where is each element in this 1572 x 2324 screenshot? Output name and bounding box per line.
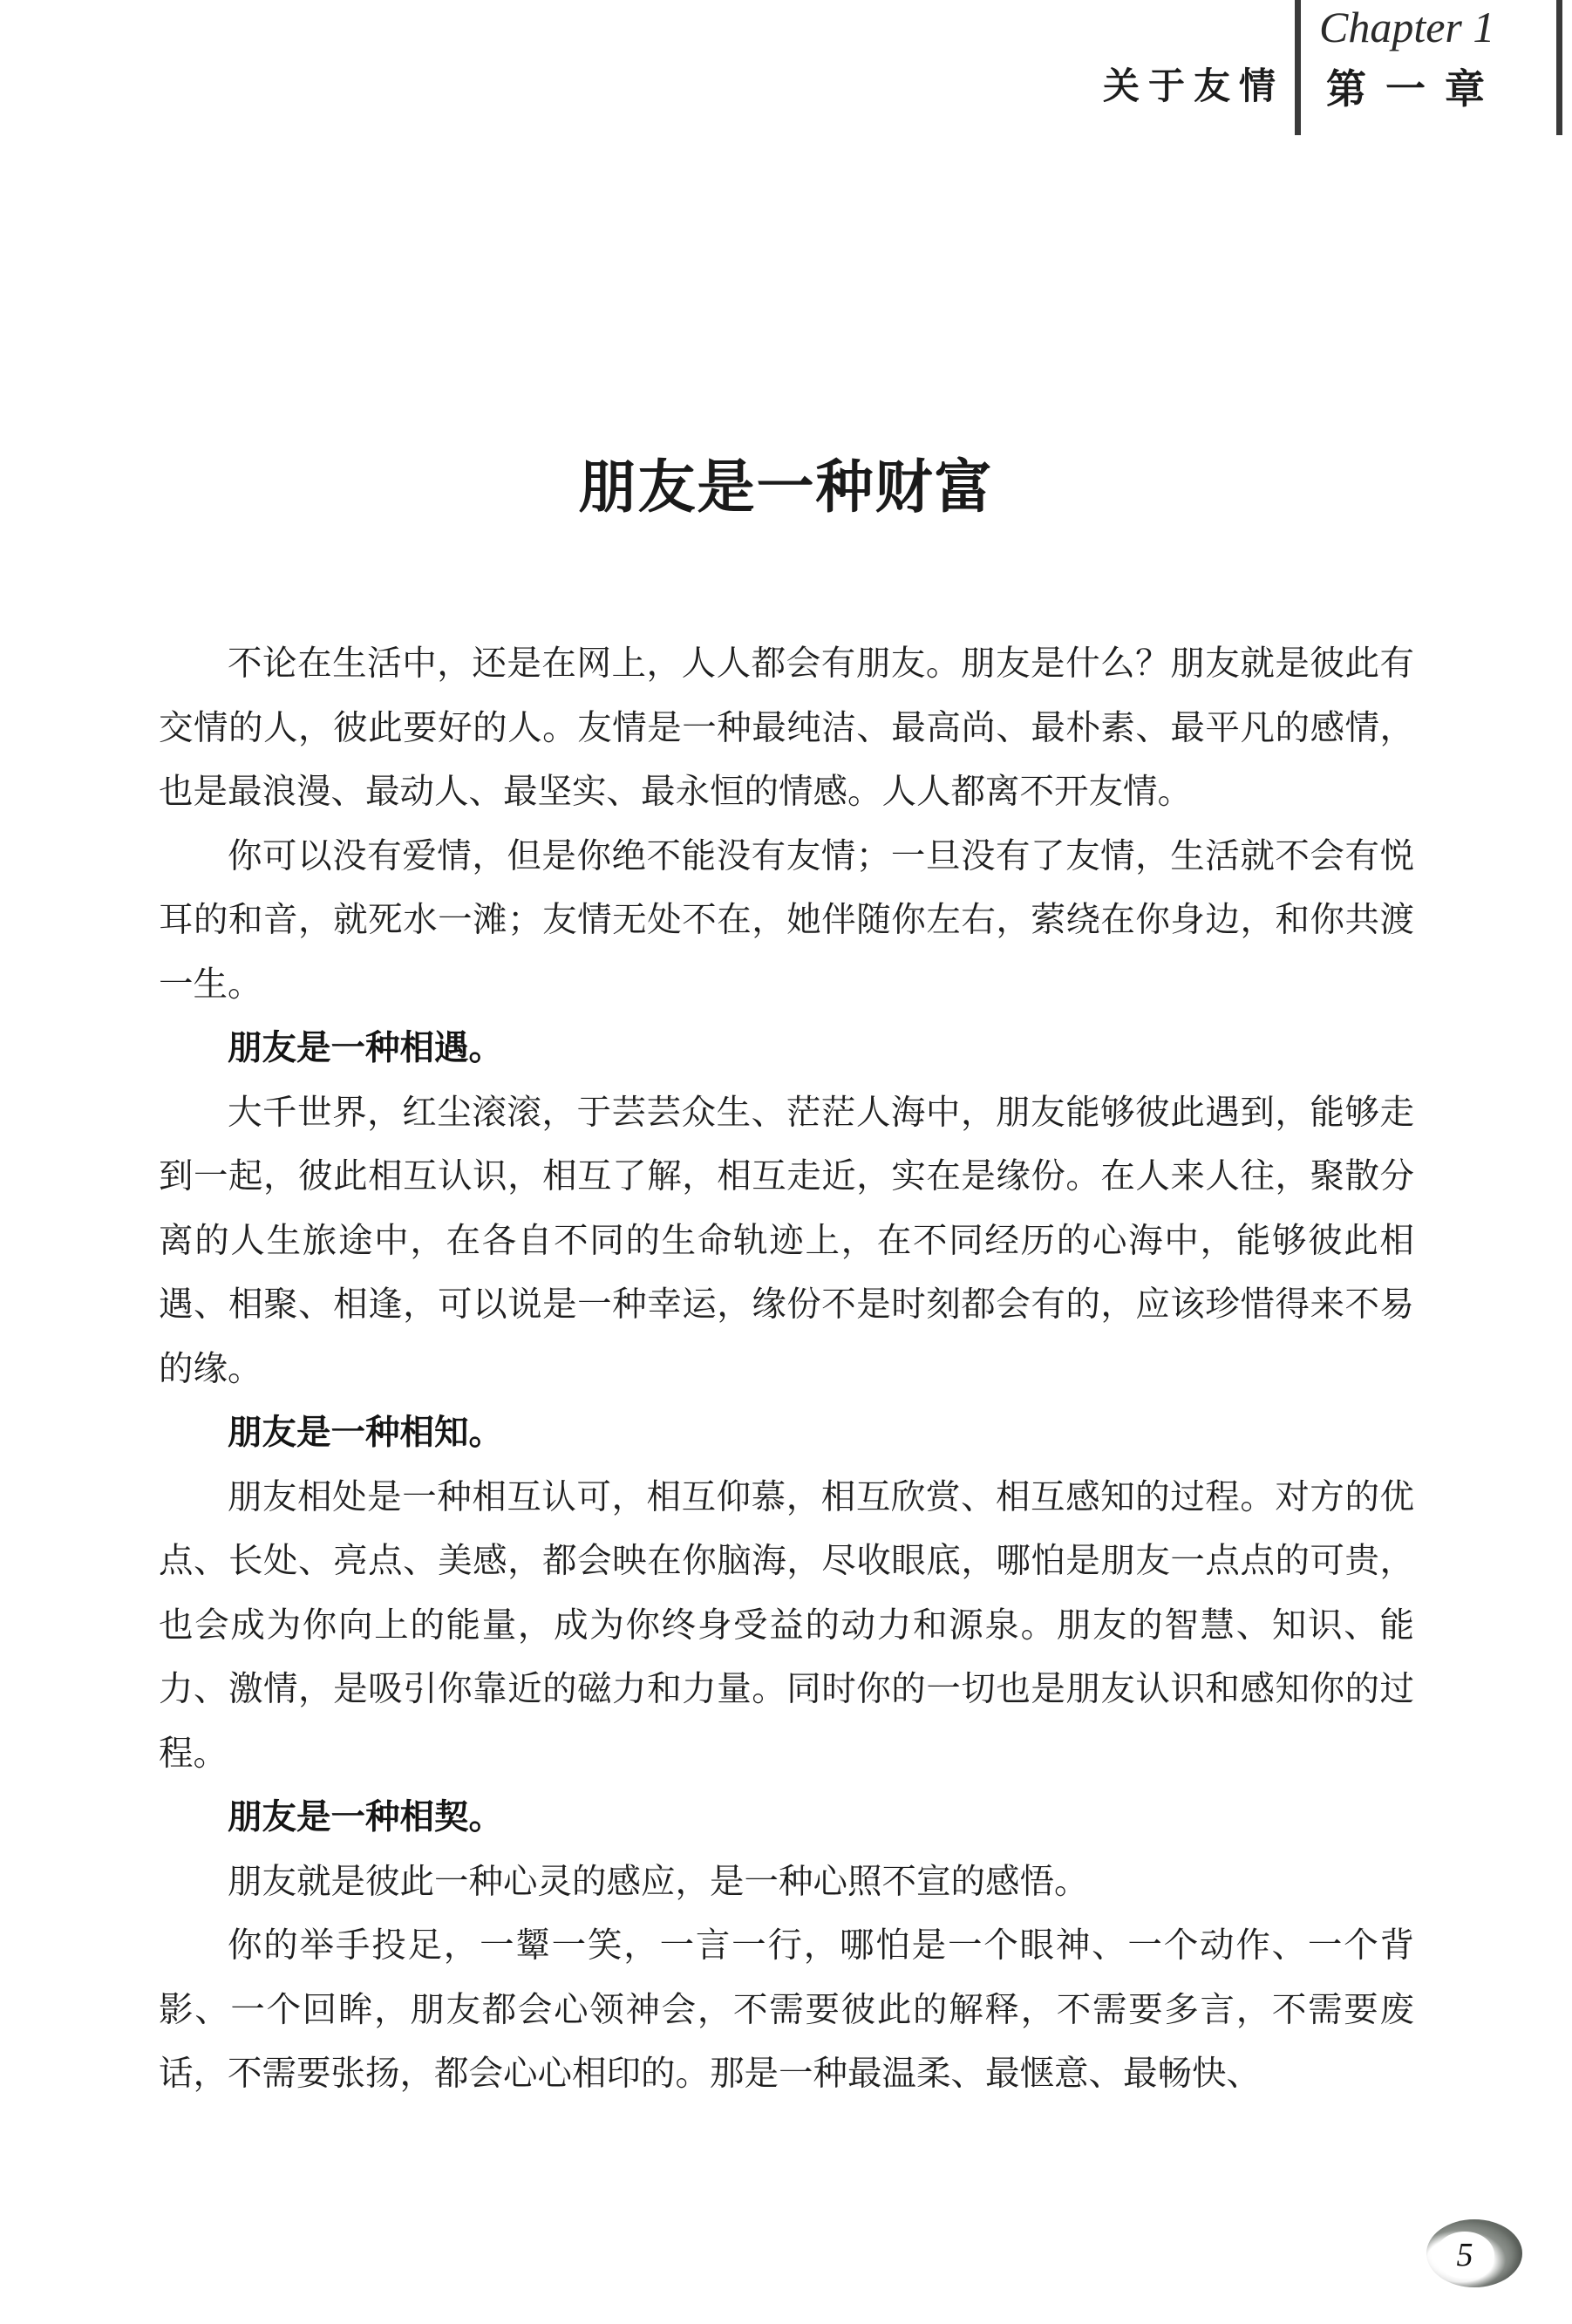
chapter-label-cn: 第一章 (1326, 58, 1504, 115)
running-header: 关于友情 Chapter 1 第一章 (1084, 0, 1572, 140)
paragraph: 大千世界，红尘滚滚，于芸芸众生、茫茫人海中，朋友能够彼此遇到，能够走到一起，彼此… (159, 1081, 1414, 1402)
header-divider-left (1295, 0, 1301, 135)
page-number-badge: 5 (1426, 2219, 1522, 2287)
subheading: 朋友是一种相契。 (159, 1786, 1414, 1850)
paragraph: 你可以没有爱情，但是你绝不能没有友情；一旦没有了友情，生活就不会有悦耳的和音，就… (159, 825, 1414, 1018)
paragraph: 你的举手投足，一颦一笑，一言一行，哪怕是一个眼神、一个动作、一个背影、一个回眸，… (159, 1914, 1414, 2107)
article-title: 朋友是一种财富 (0, 440, 1572, 523)
paragraph: 朋友相处是一种相互认可，相互仰慕，相互欣赏、相互感知的过程。对方的优点、长处、亮… (159, 1466, 1414, 1787)
subheading: 朋友是一种相知。 (159, 1401, 1414, 1466)
subheading: 朋友是一种相遇。 (159, 1017, 1414, 1081)
article-body: 不论在生活中，还是在网上，人人都会有朋友。朋友是什么？朋友就是彼此有交情的人，彼… (159, 632, 1414, 2107)
paragraph: 朋友就是彼此一种心灵的感应，是一种心照不宣的感悟。 (159, 1850, 1414, 1915)
section-name: 关于友情 (1103, 58, 1284, 110)
chapter-label-en: Chapter 1 (1319, 2, 1494, 52)
page-number: 5 (1435, 2232, 1494, 2279)
paragraph: 不论在生活中，还是在网上，人人都会有朋友。朋友是什么？朋友就是彼此有交情的人，彼… (159, 632, 1414, 825)
header-divider-right (1556, 0, 1562, 135)
